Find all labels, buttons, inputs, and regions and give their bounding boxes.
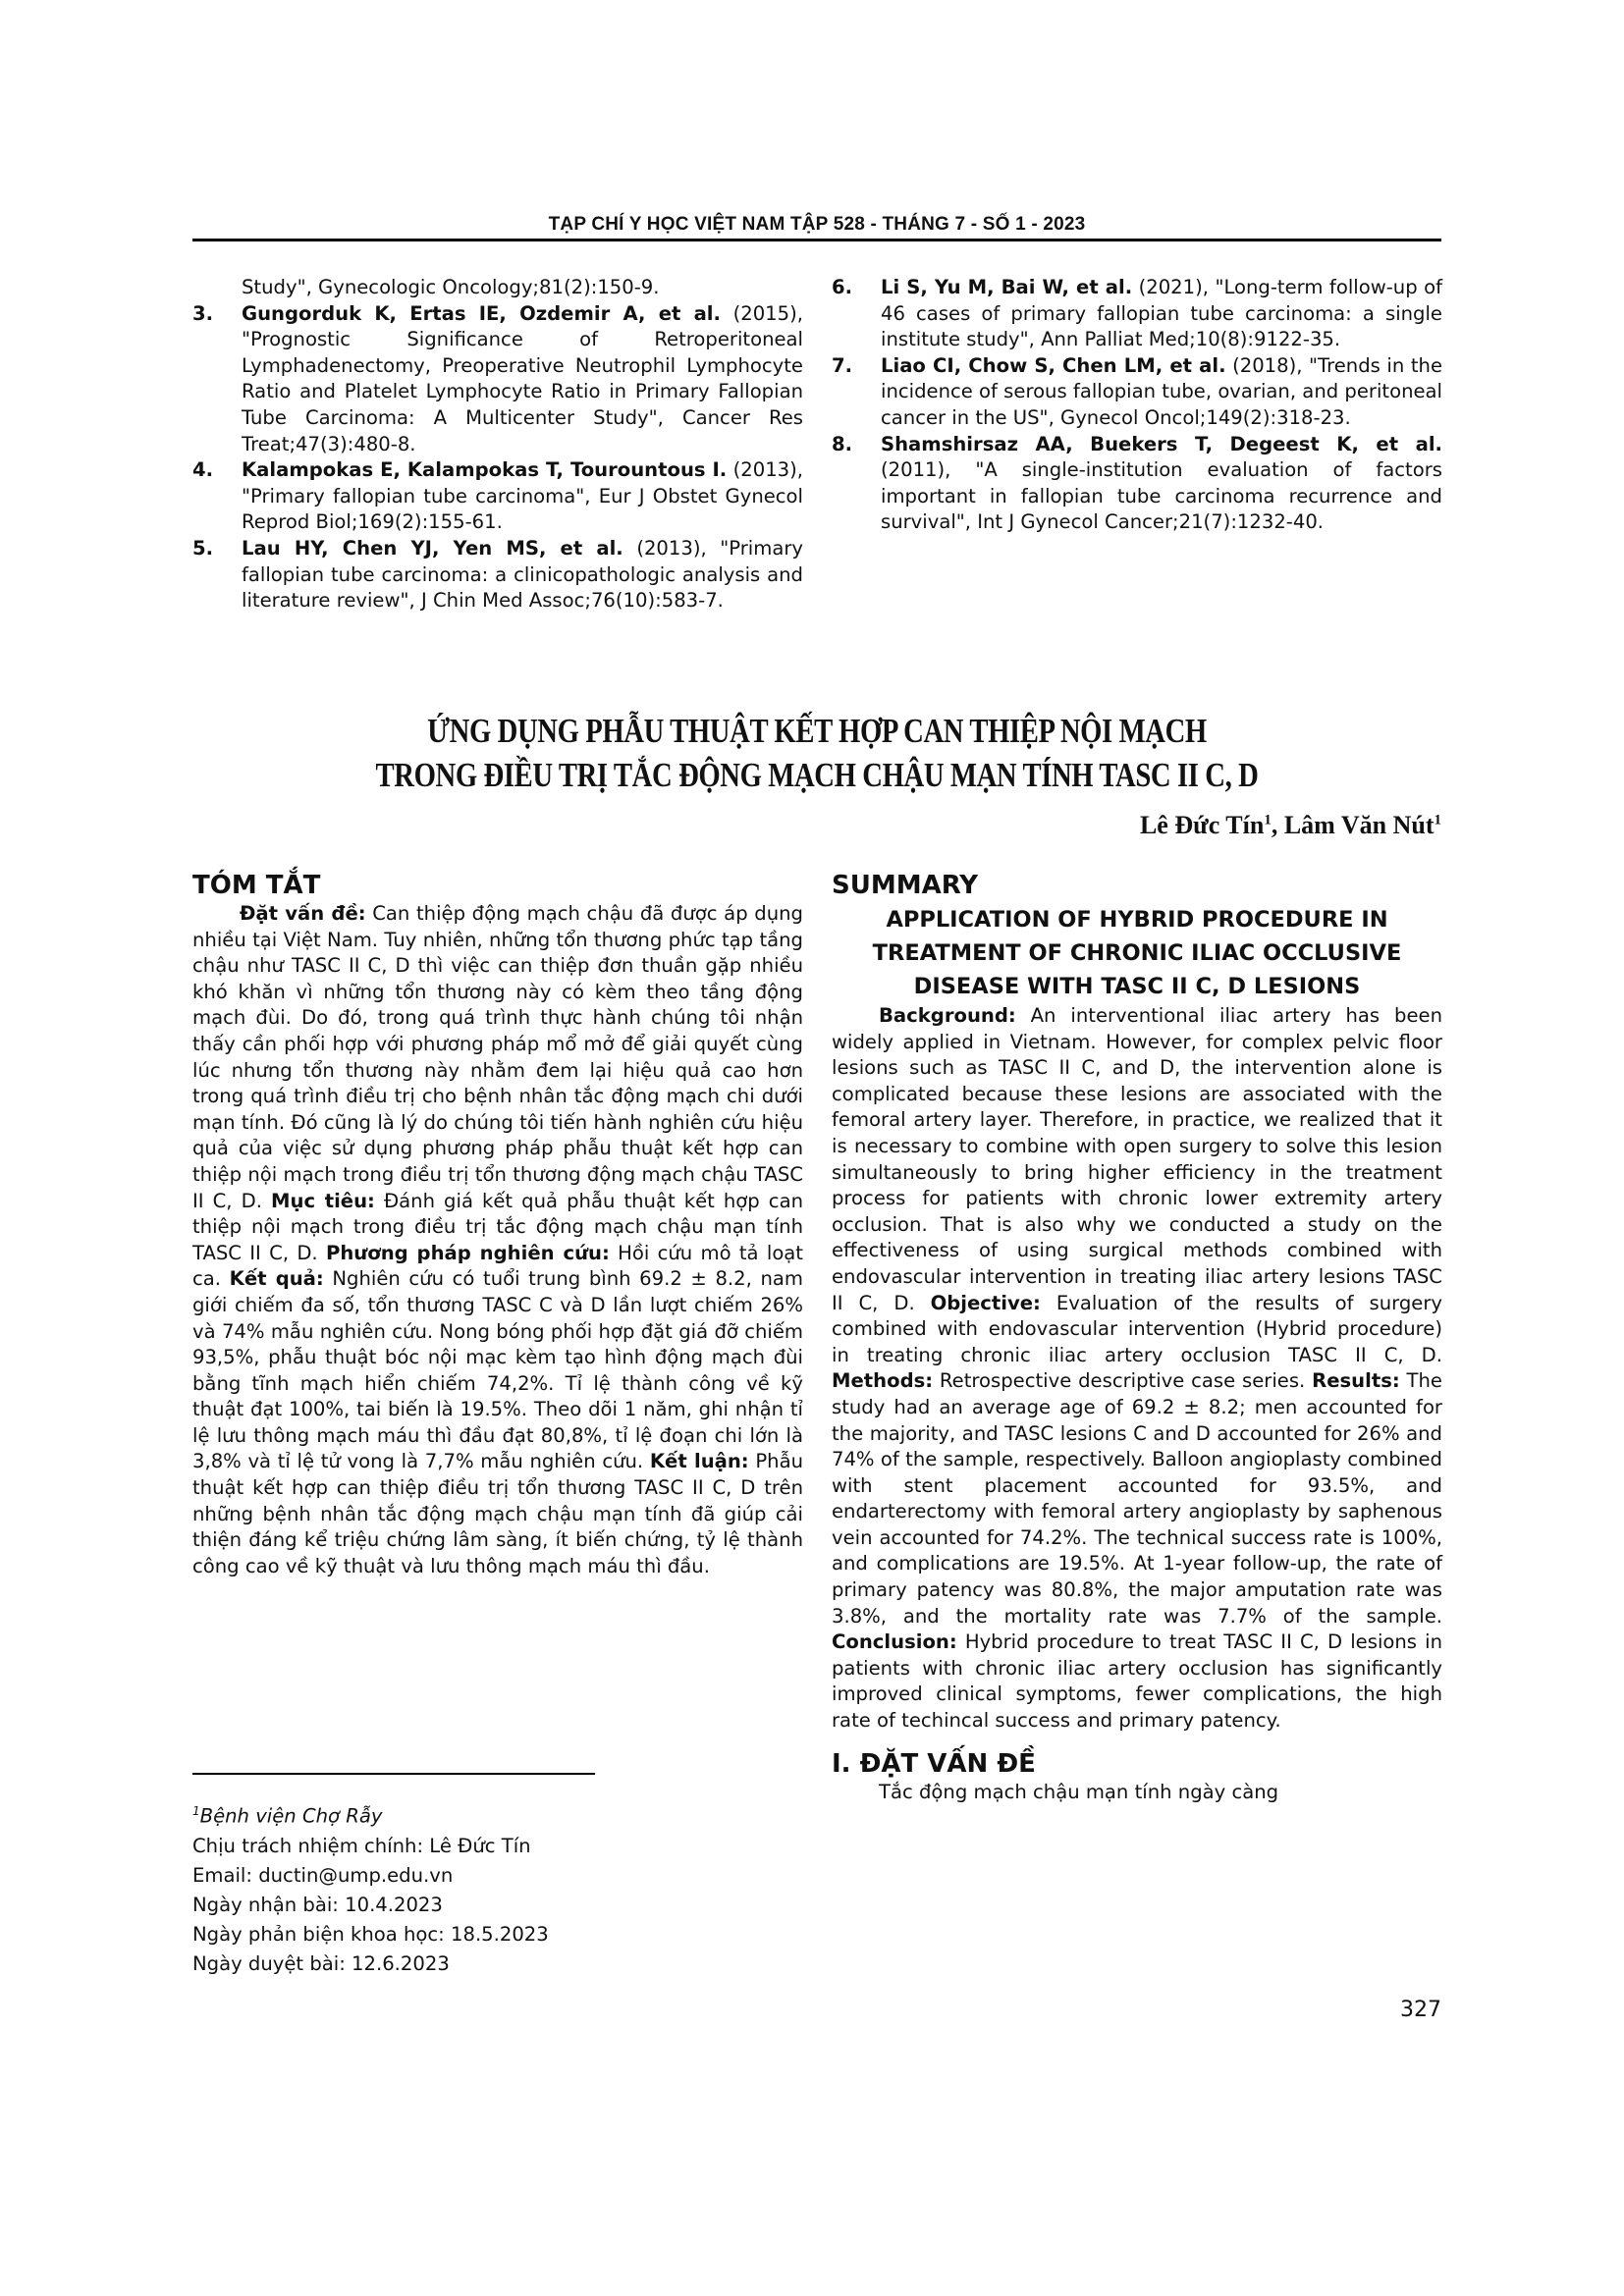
- reference-authors: Li S, Yu M, Bai W, et al.: [881, 276, 1132, 298]
- abstract-vietnamese: TÓM TẮT Đặt vấn đề: Can thiệp động mạch …: [192, 870, 803, 1579]
- reference-number: 3.: [192, 301, 213, 328]
- references-right-column: 6. Li S, Yu M, Bai W, et al. (2021), "Lo…: [832, 275, 1442, 536]
- abstract-heading: TÓM TẮT: [192, 870, 803, 901]
- affiliation-mark: 1: [192, 1804, 200, 1818]
- abstract-text: Nghiên cứu có tuổi trung bình 69.2 ± 8.2…: [192, 1267, 803, 1472]
- summary-label: Conclusion:: [832, 1630, 957, 1653]
- summary-label: Background:: [879, 1004, 1016, 1027]
- reference-item: 3. Gungorduk K, Ertas IE, Ozdemir A, et …: [192, 301, 803, 458]
- reference-continuation: Study", Gynecologic Oncology;81(2):150-9…: [192, 275, 803, 301]
- footnote-email: Email: ductin@ump.edu.vn: [192, 1861, 782, 1891]
- reference-number: 6.: [832, 275, 852, 301]
- section-heading-introduction: I. ĐẶT VẤN ĐỀ: [832, 1748, 1442, 1780]
- reference-authors: Shamshirsaz AA, Buekers T, Degeest K, et…: [881, 433, 1442, 455]
- footnotes: 1Bệnh viện Chợ Rẫy Chịu trách nhiệm chín…: [192, 1796, 782, 1979]
- abstract-english: SUMMARY APPLICATION OF HYBRID PROCEDURE …: [832, 870, 1442, 1805]
- reference-number: 4.: [192, 457, 213, 484]
- summary-body: Background: An interventional iliac arte…: [832, 1003, 1442, 1735]
- footnote-reviewed-date: Ngày phản biện khoa học: 18.5.2023: [192, 1920, 782, 1949]
- abstract-body: Đặt vấn đề: Can thiệp động mạch chậu đã …: [192, 901, 803, 1579]
- summary-heading: SUMMARY: [832, 870, 1442, 901]
- reference-authors: Gungorduk K, Ertas IE, Ozdemir A, et al.: [242, 302, 721, 325]
- footnote-responsible: Chịu trách nhiệm chính: Lê Đức Tín: [192, 1832, 782, 1861]
- footnote-affiliation: 1Bệnh viện Chợ Rẫy: [192, 1796, 782, 1832]
- summary-label: Methods:: [832, 1369, 933, 1392]
- footnote-accepted-date: Ngày duyệt bài: 12.6.2023: [192, 1949, 782, 1979]
- reference-item: 8. Shamshirsaz AA, Buekers T, Degeest K,…: [832, 432, 1442, 536]
- abstract-label: Đặt vấn đề:: [240, 902, 366, 925]
- reference-number: 8.: [832, 432, 852, 458]
- summary-text: The study had an average age of 69.2 ± 8…: [832, 1369, 1442, 1627]
- article-title: ỨNG DỤNG PHẪU THUẬT KẾT HỢP CAN THIỆP NỘ…: [304, 709, 1328, 797]
- reference-item: 5. Lau HY, Chen YJ, Yen MS, et al. (2013…: [192, 536, 803, 614]
- summary-text: An interventional iliac artery has been …: [832, 1004, 1442, 1314]
- article-title-line-2: TRONG ĐIỀU TRỊ TẮC ĐỘNG MẠCH CHẬU MẠN TÍ…: [304, 753, 1328, 797]
- article-authors: Lê Đức Tín1, Lâm Văn Nút1: [1140, 811, 1441, 840]
- article-title-line-1: ỨNG DỤNG PHẪU THUẬT KẾT HỢP CAN THIỆP NỘ…: [304, 709, 1328, 753]
- journal-header: TẠP CHÍ Y HỌC VIỆT NAM TẬP 528 - THÁNG 7…: [192, 214, 1441, 236]
- reference-number: 7.: [832, 353, 852, 380]
- header-rule: [192, 239, 1441, 241]
- references-left-column: Study", Gynecologic Oncology;81(2):150-9…: [192, 275, 803, 614]
- footnote-rule: [192, 1773, 595, 1775]
- abstract-label: Kết luận:: [650, 1450, 749, 1472]
- reference-authors: Lau HY, Chen YJ, Yen MS, et al.: [242, 537, 623, 560]
- abstract-label: Mục tiêu:: [271, 1190, 375, 1212]
- summary-label: Results:: [1312, 1369, 1400, 1392]
- reference-item: 6. Li S, Yu M, Bai W, et al. (2021), "Lo…: [832, 275, 1442, 353]
- section-body: Tắc động mạch chậu mạn tính ngày càng: [832, 1780, 1442, 1806]
- affiliation-text: Bệnh viện Chợ Rẫy: [200, 1805, 383, 1828]
- summary-text: Retrospective descriptive case series.: [933, 1369, 1312, 1392]
- abstract-label: Kết quả:: [230, 1267, 324, 1290]
- abstract-label: Phương pháp nghiên cứu:: [326, 1242, 610, 1264]
- author-separator: ,: [1272, 811, 1284, 839]
- reference-item: 4. Kalampokas E, Kalampokas T, Tourounto…: [192, 457, 803, 536]
- abstract-text: Can thiệp động mạch chậu đã được áp dụng…: [192, 902, 803, 1212]
- reference-authors: Kalampokas E, Kalampokas T, Tourountous …: [242, 458, 727, 481]
- page-number: 327: [1400, 1998, 1441, 2022]
- author-affiliation-mark: 1: [1264, 812, 1272, 828]
- author-affiliation-mark: 1: [1435, 812, 1442, 828]
- reference-text: (2011), "A single-institution evaluation…: [881, 458, 1442, 533]
- author-name: Lê Đức Tín: [1140, 811, 1264, 839]
- journal-page: TẠP CHÍ Y HỌC VIỆT NAM TẬP 528 - THÁNG 7…: [0, 0, 1624, 2296]
- reference-number: 5.: [192, 536, 213, 562]
- reference-item: 7. Liao CI, Chow S, Chen LM, et al. (201…: [832, 353, 1442, 432]
- footnote-received-date: Ngày nhận bài: 10.4.2023: [192, 1891, 782, 1920]
- english-title: APPLICATION OF HYBRID PROCEDURE IN TREAT…: [832, 903, 1442, 1003]
- summary-label: Objective:: [931, 1292, 1041, 1314]
- reference-authors: Liao CI, Chow S, Chen LM, et al.: [881, 354, 1226, 377]
- author-name: Lâm Văn Nút: [1284, 811, 1435, 839]
